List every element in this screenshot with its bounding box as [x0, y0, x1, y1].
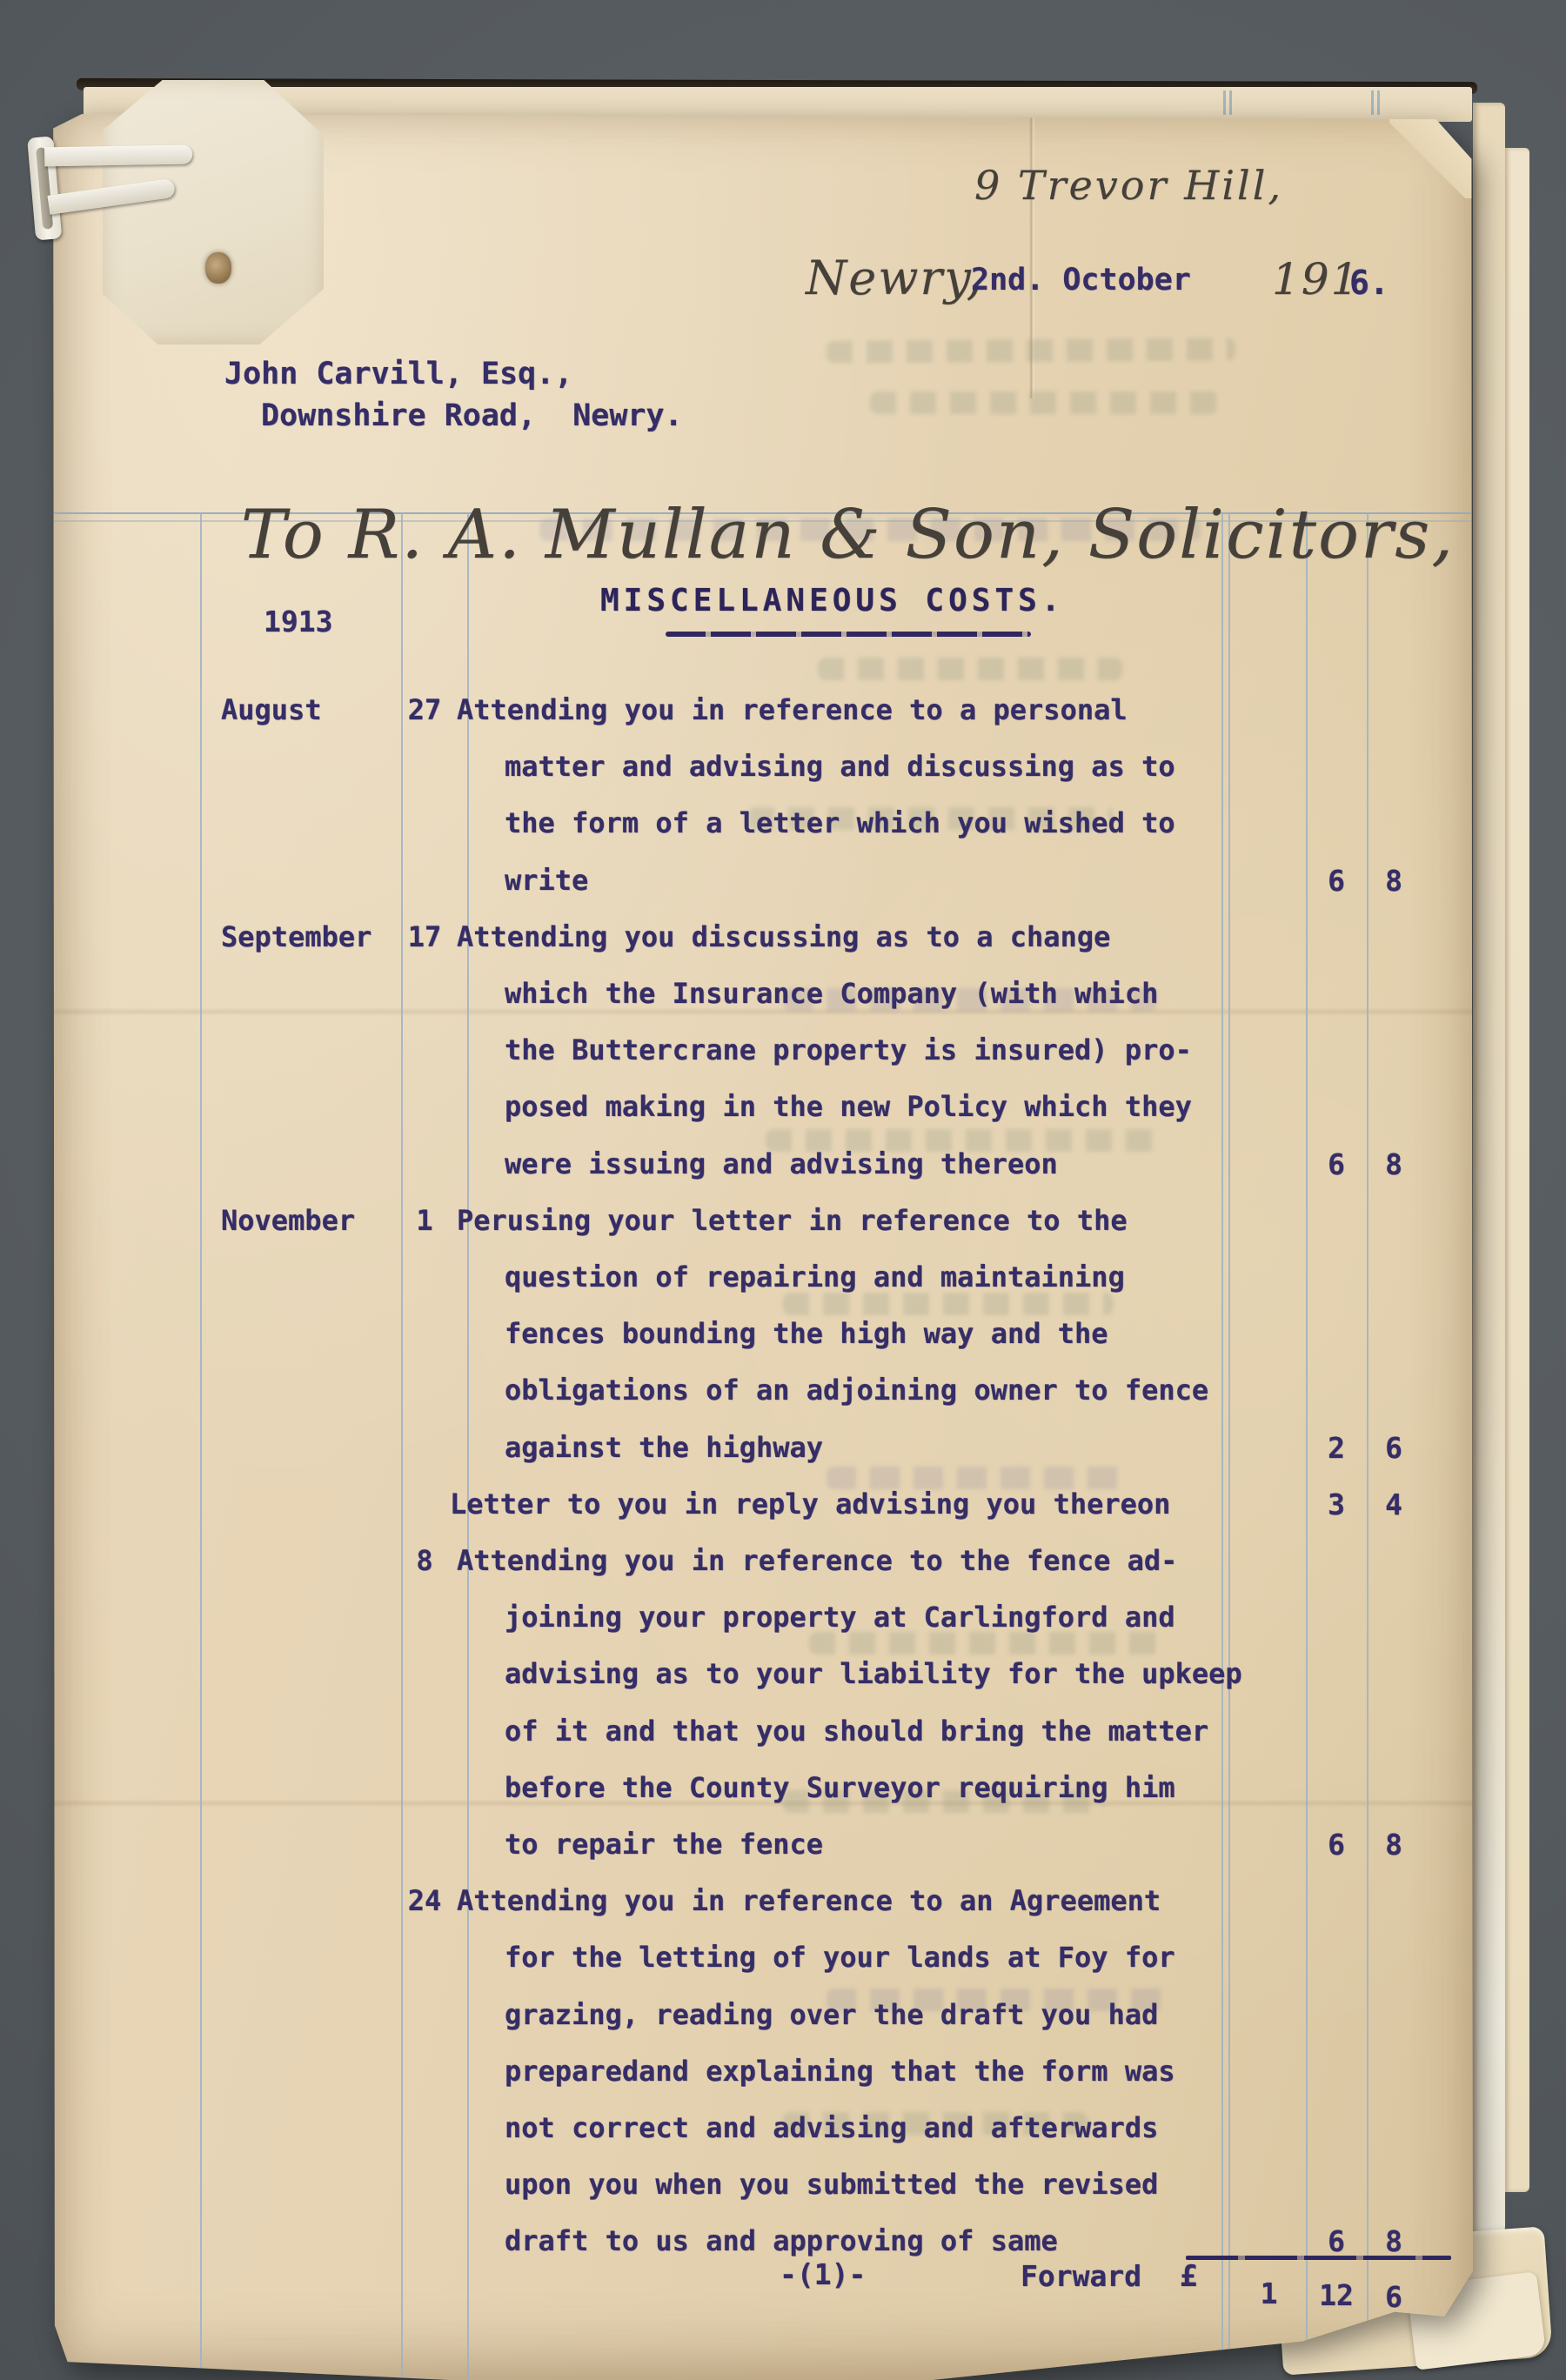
entry-line: question of repairing and maintaining: [505, 1263, 1125, 1293]
entry-line: Attending you in reference to the fence …: [457, 1547, 1177, 1576]
underlying-sheet-rule: [1223, 90, 1226, 115]
underlying-sheet-rule: [1229, 90, 1232, 115]
amount-pence: 8: [1367, 866, 1421, 897]
entry-line: Perusing your letter in reference to the: [457, 1207, 1128, 1236]
underlying-sheet-right-edge: [1473, 103, 1505, 2234]
entry-line: draft to us and approving of same: [505, 2227, 1058, 2256]
entry-line: grazing, reading over the draft you had: [505, 2001, 1158, 2030]
currency-symbol: £: [1180, 2262, 1197, 2293]
entry-line: obligations of an adjoining owner to fen…: [505, 1376, 1208, 1406]
entry-line: upon you when you submitted the revised: [505, 2170, 1158, 2200]
table-rule-date-day: [401, 512, 403, 2380]
entry-day: 1: [397, 1207, 452, 1236]
ink-bleedthrough: [818, 658, 1122, 680]
entry-line: fences bounding the high way and the: [505, 1320, 1108, 1349]
entry-line: preparedand explaining that the form was: [505, 2057, 1175, 2087]
amount-pence: 6: [1367, 1434, 1421, 1464]
paper-clip: [27, 120, 211, 248]
amount-shillings: 6: [1306, 866, 1367, 897]
entry-line: the form of a letter which you wished to: [505, 809, 1175, 839]
amount-shillings: 6: [1306, 1150, 1367, 1180]
entry-line: before the County Surveyor requiring him: [505, 1774, 1175, 1803]
entry-month: November: [221, 1207, 355, 1236]
ink-bleedthrough: [826, 1467, 1122, 1489]
entry-line: not correct and advising and afterwards: [505, 2114, 1158, 2143]
section-title: MISCELLANEOUS COSTS.: [600, 585, 1064, 618]
forward-shillings: 12: [1306, 2281, 1367, 2311]
entry-line: joining your property at Carlingford and: [505, 1603, 1175, 1633]
ink-bleedthrough: [809, 1632, 1166, 1655]
entry-line: Attending you in reference to a personal: [457, 696, 1128, 725]
amount-shillings: 6: [1306, 2227, 1367, 2257]
scanned-document-canvas: 9 Trevor Hill, Newry, 2nd. October 191 6…: [0, 0, 1566, 2380]
amount-pence: 4: [1367, 1490, 1421, 1521]
bill-page: 9 Trevor Hill, Newry, 2nd. October 191 6…: [50, 111, 1473, 2380]
ink-bleedthrough: [870, 391, 1218, 414]
amount-pence: 8: [1367, 1830, 1421, 1861]
entry-day: 8: [397, 1547, 452, 1576]
amount-pence: 8: [1367, 1150, 1421, 1180]
entry-line: matter and advising and discussing as to: [505, 752, 1175, 782]
paper-clip-prong: [47, 178, 176, 215]
letterhead-year-printed: 191: [1272, 254, 1360, 304]
forward-label: Forward: [1021, 2262, 1141, 2292]
patch-hole: [205, 252, 231, 284]
entry-day: 17: [397, 923, 452, 953]
page-corner-curl: [1389, 111, 1473, 198]
entry-line: which the Insurance Company (with which: [505, 979, 1158, 1009]
forward-pence: 6: [1367, 2283, 1421, 2313]
entry-month: September: [221, 923, 371, 953]
table-rule-pounds: [1221, 512, 1223, 2380]
entry-line: write: [505, 866, 588, 896]
entry-line: advising as to your liability for the up…: [505, 1660, 1242, 1689]
amount-shillings: 2: [1306, 1434, 1367, 1464]
letterhead-address: 9 Trevor Hill,: [974, 162, 1283, 209]
section-title-underline: [666, 632, 1031, 637]
entry-line: the Buttercrane property is insured) pro…: [505, 1036, 1192, 1066]
table-rule-day-description: [467, 512, 469, 2380]
amount-shillings: 6: [1306, 1830, 1367, 1861]
forward-rule: [1186, 2256, 1451, 2260]
entry-line: for the letting of your lands at Foy for: [505, 1943, 1175, 1973]
entry-day: 24: [397, 1887, 452, 1916]
entry-line: were issuing and advising thereon: [505, 1150, 1058, 1180]
letterhead-typed-date: 2nd. October: [971, 264, 1191, 297]
table-rule-left-margin: [200, 512, 202, 2380]
letterhead-year-typed: 6.: [1349, 266, 1389, 301]
table-rule-pounds-inner: [1228, 512, 1230, 2380]
page-number: -(1)-: [780, 2260, 866, 2290]
underlying-sheet-right-edge: [1505, 148, 1529, 2192]
amount-shillings: 3: [1306, 1490, 1367, 1521]
entry-line: Letter to you in reply advising you ther…: [450, 1490, 1170, 1520]
entry-line: against the highway: [505, 1434, 823, 1463]
letterhead-heading-text: To R. A. Mullan & Son, Solicitors, D: [241, 496, 1535, 574]
letterhead-place: Newry,: [806, 251, 983, 305]
entry-line: of it and that you should bring the matt…: [505, 1717, 1208, 1747]
ink-bleedthrough: [783, 1293, 1114, 1315]
forward-pounds: 1: [1232, 2279, 1306, 2310]
amount-pence: 8: [1367, 2227, 1421, 2257]
paper-clip-prong: [44, 144, 192, 166]
entry-line: to repair the fence: [505, 1830, 823, 1860]
recipient-name: John Carvill, Esq.,: [224, 358, 572, 391]
underlying-sheet-rule: [1371, 90, 1374, 115]
entry-line: Attending you in reference to an Agreeme…: [457, 1887, 1161, 1916]
entry-day: 27: [397, 696, 452, 725]
underlying-sheet-rule: [1377, 90, 1380, 115]
entry-line: posed making in the new Policy which the…: [505, 1093, 1192, 1122]
entry-line: Attending you discussing as to a change: [457, 923, 1110, 953]
letterhead-heading-mark: „: [1553, 526, 1566, 566]
bill-year: 1913: [264, 607, 332, 638]
entry-month: August: [221, 696, 322, 725]
ink-bleedthrough: [826, 338, 1235, 363]
letterhead-heading-superscript: r: [1534, 500, 1553, 543]
